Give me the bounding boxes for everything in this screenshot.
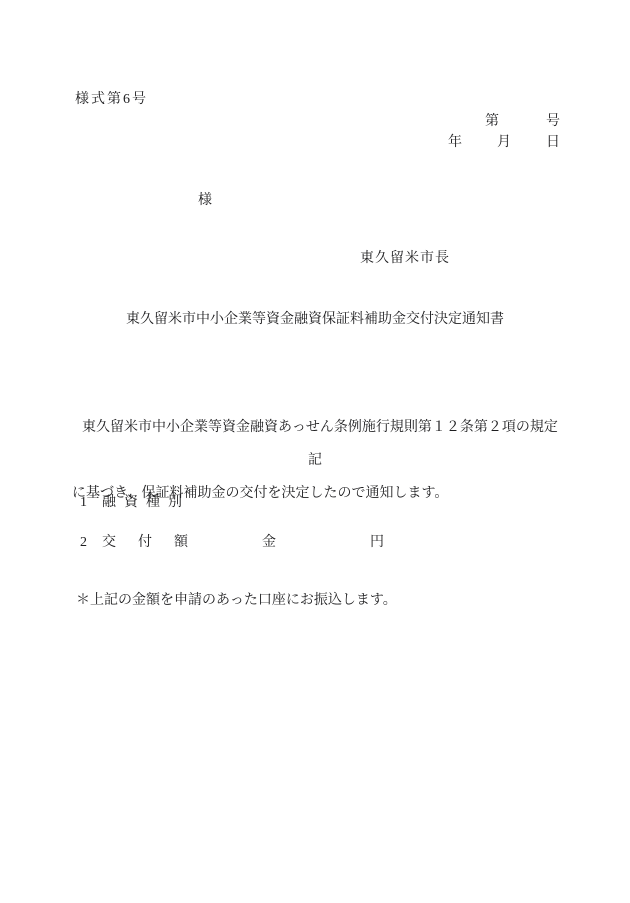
item-label: 融資種別 [102, 495, 190, 510]
amount-suffix-label: 円 [370, 535, 384, 550]
item-number: 2 [80, 535, 87, 550]
ref-suffix: 号 [546, 114, 560, 129]
document-title: 東久留米市中小企業等資金融資保証料補助金交付決定通知書 [0, 312, 630, 328]
item-label: 交付額 [102, 535, 210, 550]
month-label: 月 [497, 135, 511, 150]
loan-type-item: 1融資種別 [80, 495, 190, 511]
sender-name: 東久留米市長 [360, 251, 450, 267]
transfer-note: ＊上記の金額を申請のあった口座にお振込します。 [76, 593, 397, 609]
day-label: 日 [546, 135, 560, 150]
ref-prefix: 第 [485, 114, 499, 129]
amount-prefix-label: 金 [262, 535, 276, 550]
document-page: 様式第6号 第号 年月日 様 東久留米市長 東久留米市中小企業等資金融資保証料補… [0, 0, 630, 903]
year-label: 年 [448, 135, 462, 150]
form-number: 様式第6号 [75, 92, 148, 108]
ref-number-line: 第号 [485, 114, 560, 130]
date-line: 年月日 [448, 135, 560, 151]
addressee-honorific: 様 [198, 193, 212, 209]
grant-amount-item: 2交付額金円 [80, 535, 384, 551]
body-line: 東久留米市中小企業等資金融資あっせん条例施行規則第１２条第２項の規定 [72, 417, 572, 439]
section-marker: 記 [0, 453, 630, 469]
item-number: 1 [80, 495, 87, 510]
